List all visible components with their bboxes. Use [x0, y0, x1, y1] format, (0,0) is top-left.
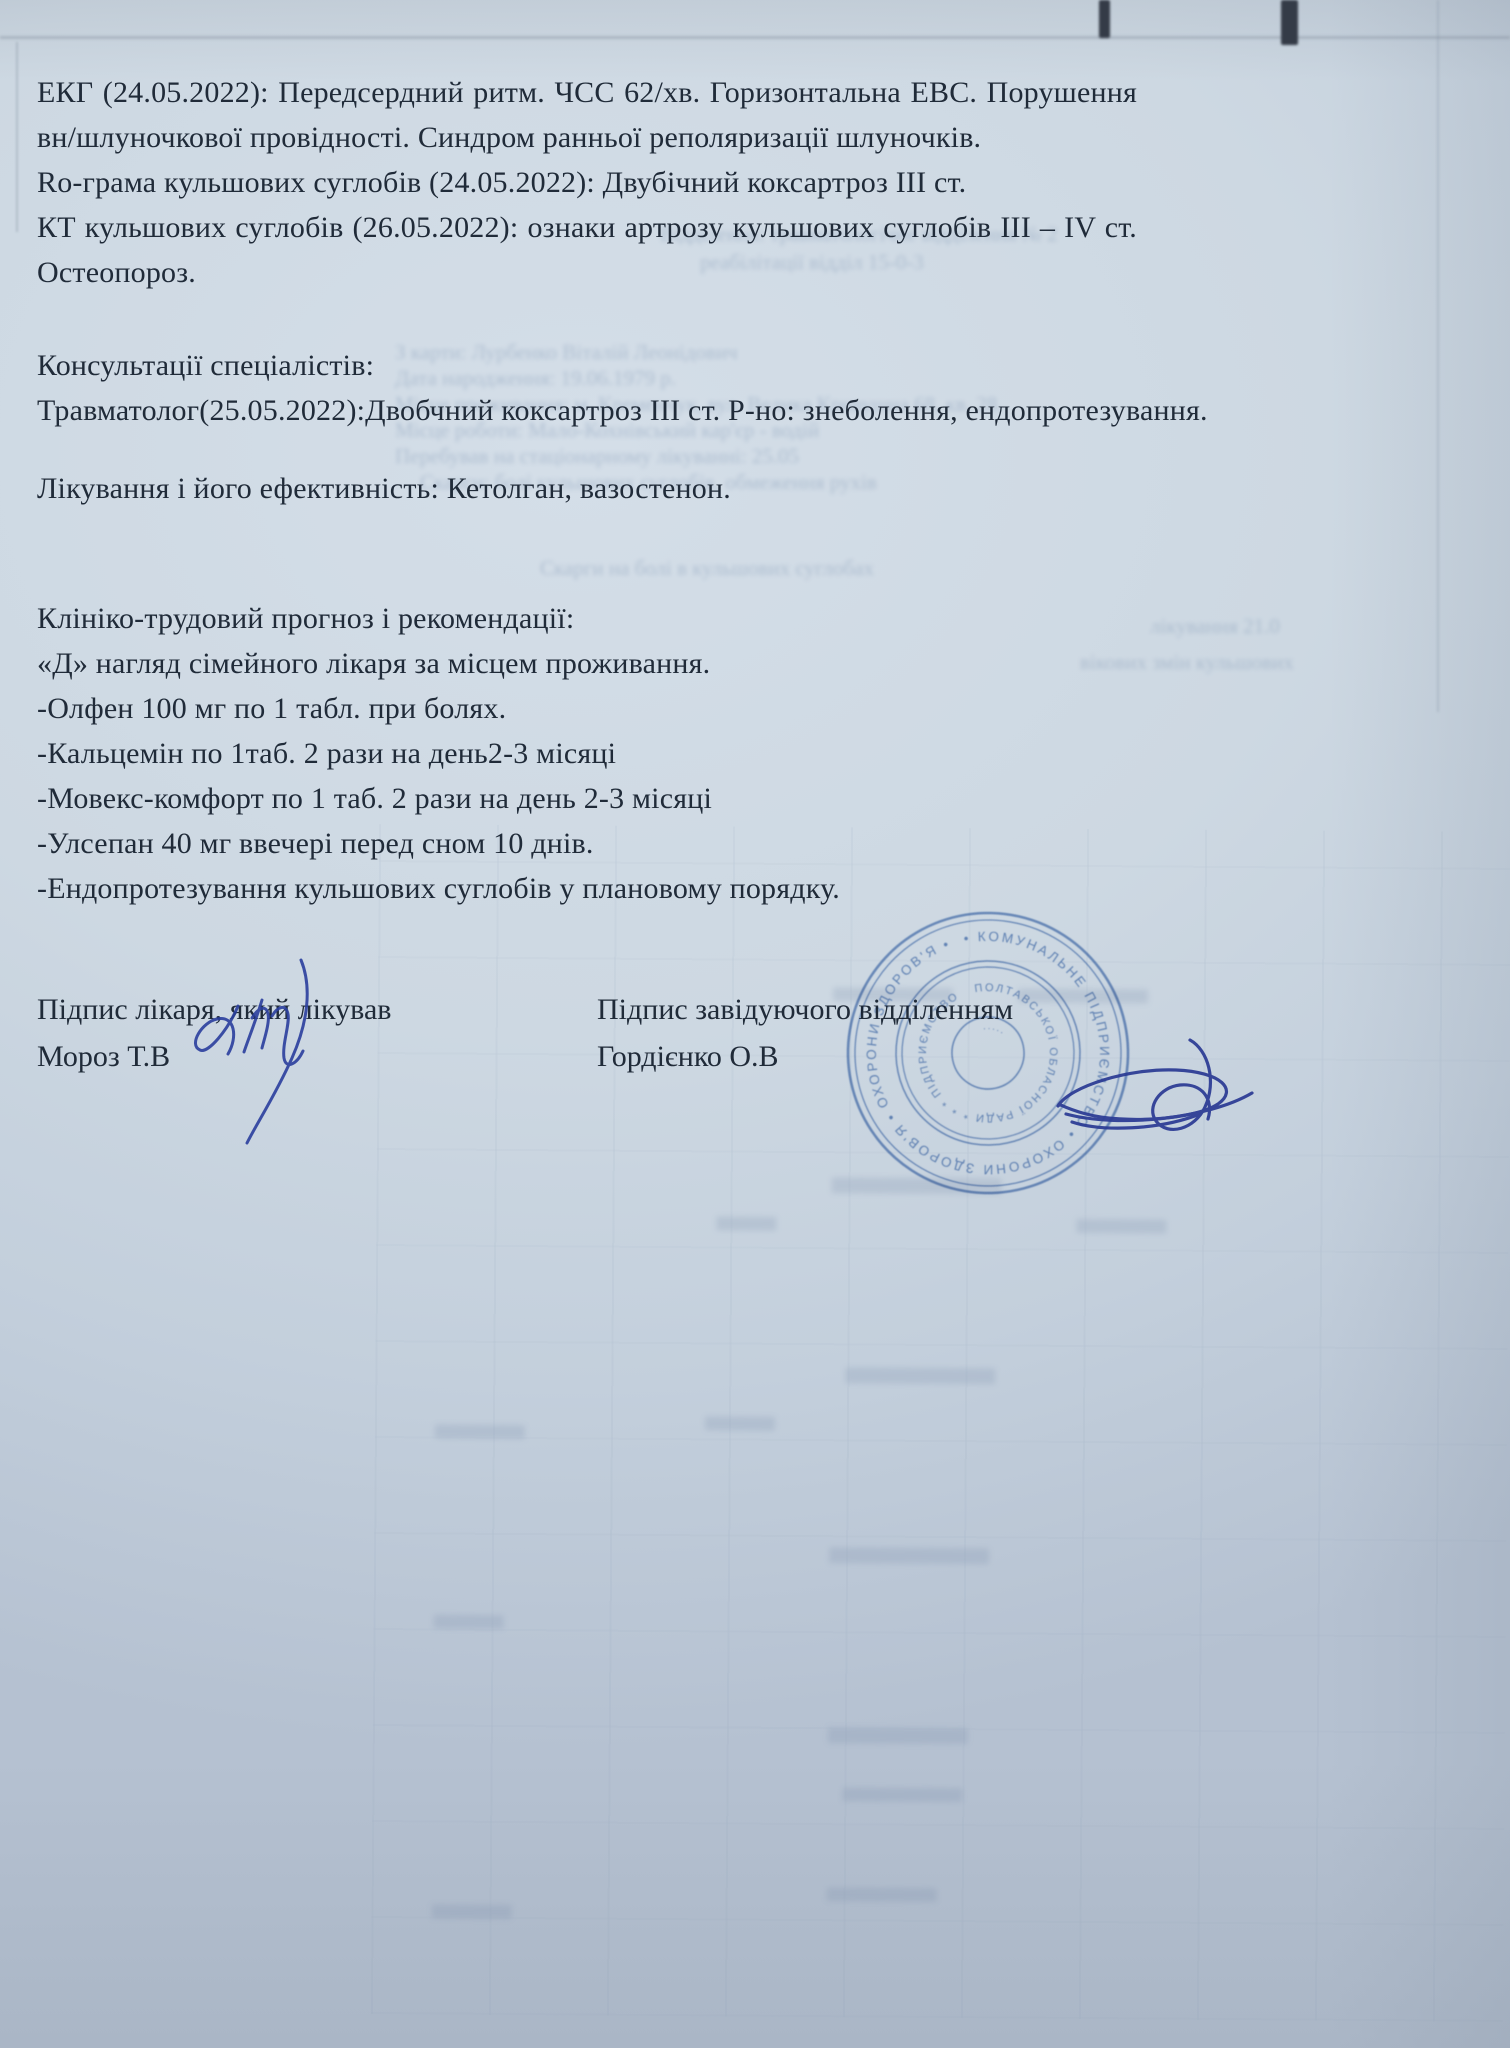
- doc-line: КТ кульшових суглобів (26.05.2022): озна…: [37, 205, 1137, 250]
- doc-line: -Кальцемін по 1таб. 2 рази на день2-3 мі…: [37, 731, 1137, 776]
- doc-line: Ro-грама кульшових суглобів (24.05.2022)…: [37, 160, 1137, 205]
- stamp-inner-ring-text: ПОЛТАВСЬКОЇ ОБЛАСНОЇ РАДИ * * * ПІДПРИЄМ…: [904, 969, 1073, 1138]
- doc-line: -Улсепан 40 мг ввечері перед сном 10 дні…: [37, 821, 1137, 866]
- svg-text:ПОЛТАВСЬКОЇ ОБЛАСНОЇ РАДИ * *: ПОЛТАВСЬКОЇ ОБЛАСНОЇ РАДИ * * * ПІДПРИЄМ…: [904, 969, 1073, 1138]
- doctor-name: Мороз Т.В: [37, 1033, 391, 1080]
- doc-line: Консультації спеціалістів:: [37, 343, 1137, 388]
- doc-line: Лікування і його ефективність: Кетолган,…: [37, 466, 1137, 511]
- bleedthrough-smudge: [828, 1727, 968, 1744]
- paragraph: Консультації спеціалістів:Травматолог(25…: [37, 343, 1137, 433]
- bleedthrough-smudge: [434, 1614, 504, 1628]
- bleedthrough-smudge: [716, 1216, 776, 1230]
- doc-line: «Д» нагляд сімейного лікаря за місцем пр…: [37, 641, 1137, 686]
- paragraph: Лікування і його ефективність: Кетолган,…: [37, 466, 1137, 511]
- bleedthrough-smudge: [432, 1904, 512, 1919]
- edge-smudge: [1281, 0, 1298, 45]
- bleedthrough-smudge: [827, 1887, 937, 1902]
- paper-crease-left: [16, 42, 18, 232]
- doc-line: Травматолог(25.05.2022):Двобчний коксарт…: [37, 388, 1137, 433]
- paragraph: Клініко-трудовий прогноз і рекомендації:…: [37, 596, 1137, 911]
- doc-line: Остеопороз.: [37, 250, 1137, 295]
- doc-line: -Мовекс-комфорт по 1 таб. 2 рази на день…: [37, 776, 1137, 821]
- official-round-stamp: • КОМУНАЛЬНЕ ПІДПРИЄМСТВО • ОХОРОНИ ЗДОР…: [810, 875, 1166, 1231]
- bleedthrough-smudge: [829, 1547, 989, 1564]
- doc-line: -Олфен 100 мг по 1 табл. при болях.: [37, 686, 1137, 731]
- paragraph: ЕКГ (24.05.2022): Передсердний ритм. ЧСС…: [37, 70, 1137, 295]
- bleedthrough-smudge: [845, 1367, 995, 1384]
- svg-text:• КОМУНАЛЬНЕ ПІДПРИЄМСТВО • ОХ: • КОМУНАЛЬНЕ ПІДПРИЄМСТВО • ОХОРОНИ ЗДОР…: [841, 906, 1135, 1200]
- doc-line: ЕКГ (24.05.2022): Передсердний ритм. ЧСС…: [37, 70, 1137, 115]
- bleedthrough-line: лікування 21.0: [1150, 614, 1280, 639]
- doc-line: вн/шлуночкової провідності. Синдром ранн…: [37, 115, 1137, 160]
- edge-smudge: [1099, 0, 1110, 38]
- doctor-signature-caption: Підпис лікаря, який лікував: [37, 986, 391, 1033]
- photo-of-medical-document: { "page": { "kind": "scanned medical dis…: [0, 0, 1510, 2048]
- svg-text:·····: ·····: [982, 1019, 1009, 1041]
- paper-crease-right: [1437, 0, 1439, 712]
- stamp-center-text: ·····: [982, 1019, 1009, 1041]
- bleedthrough-smudge: [842, 1787, 962, 1802]
- doc-line: Клініко-трудовий прогноз і рекомендації:: [37, 596, 1137, 641]
- bleedthrough-smudge: [435, 1424, 525, 1439]
- document-text: ЕКГ (24.05.2022): Передсердний ритм. ЧСС…: [37, 70, 1137, 911]
- stamp-outer-ring-text: • КОМУНАЛЬНЕ ПІДПРИЄМСТВО • ОХОРОНИ ЗДОР…: [841, 906, 1135, 1200]
- bleedthrough-smudge: [705, 1416, 775, 1430]
- bleedthrough-smudge: [1076, 1219, 1166, 1234]
- doctor-signature-block: Підпис лікаря, який лікував Мороз Т.В: [37, 986, 391, 1080]
